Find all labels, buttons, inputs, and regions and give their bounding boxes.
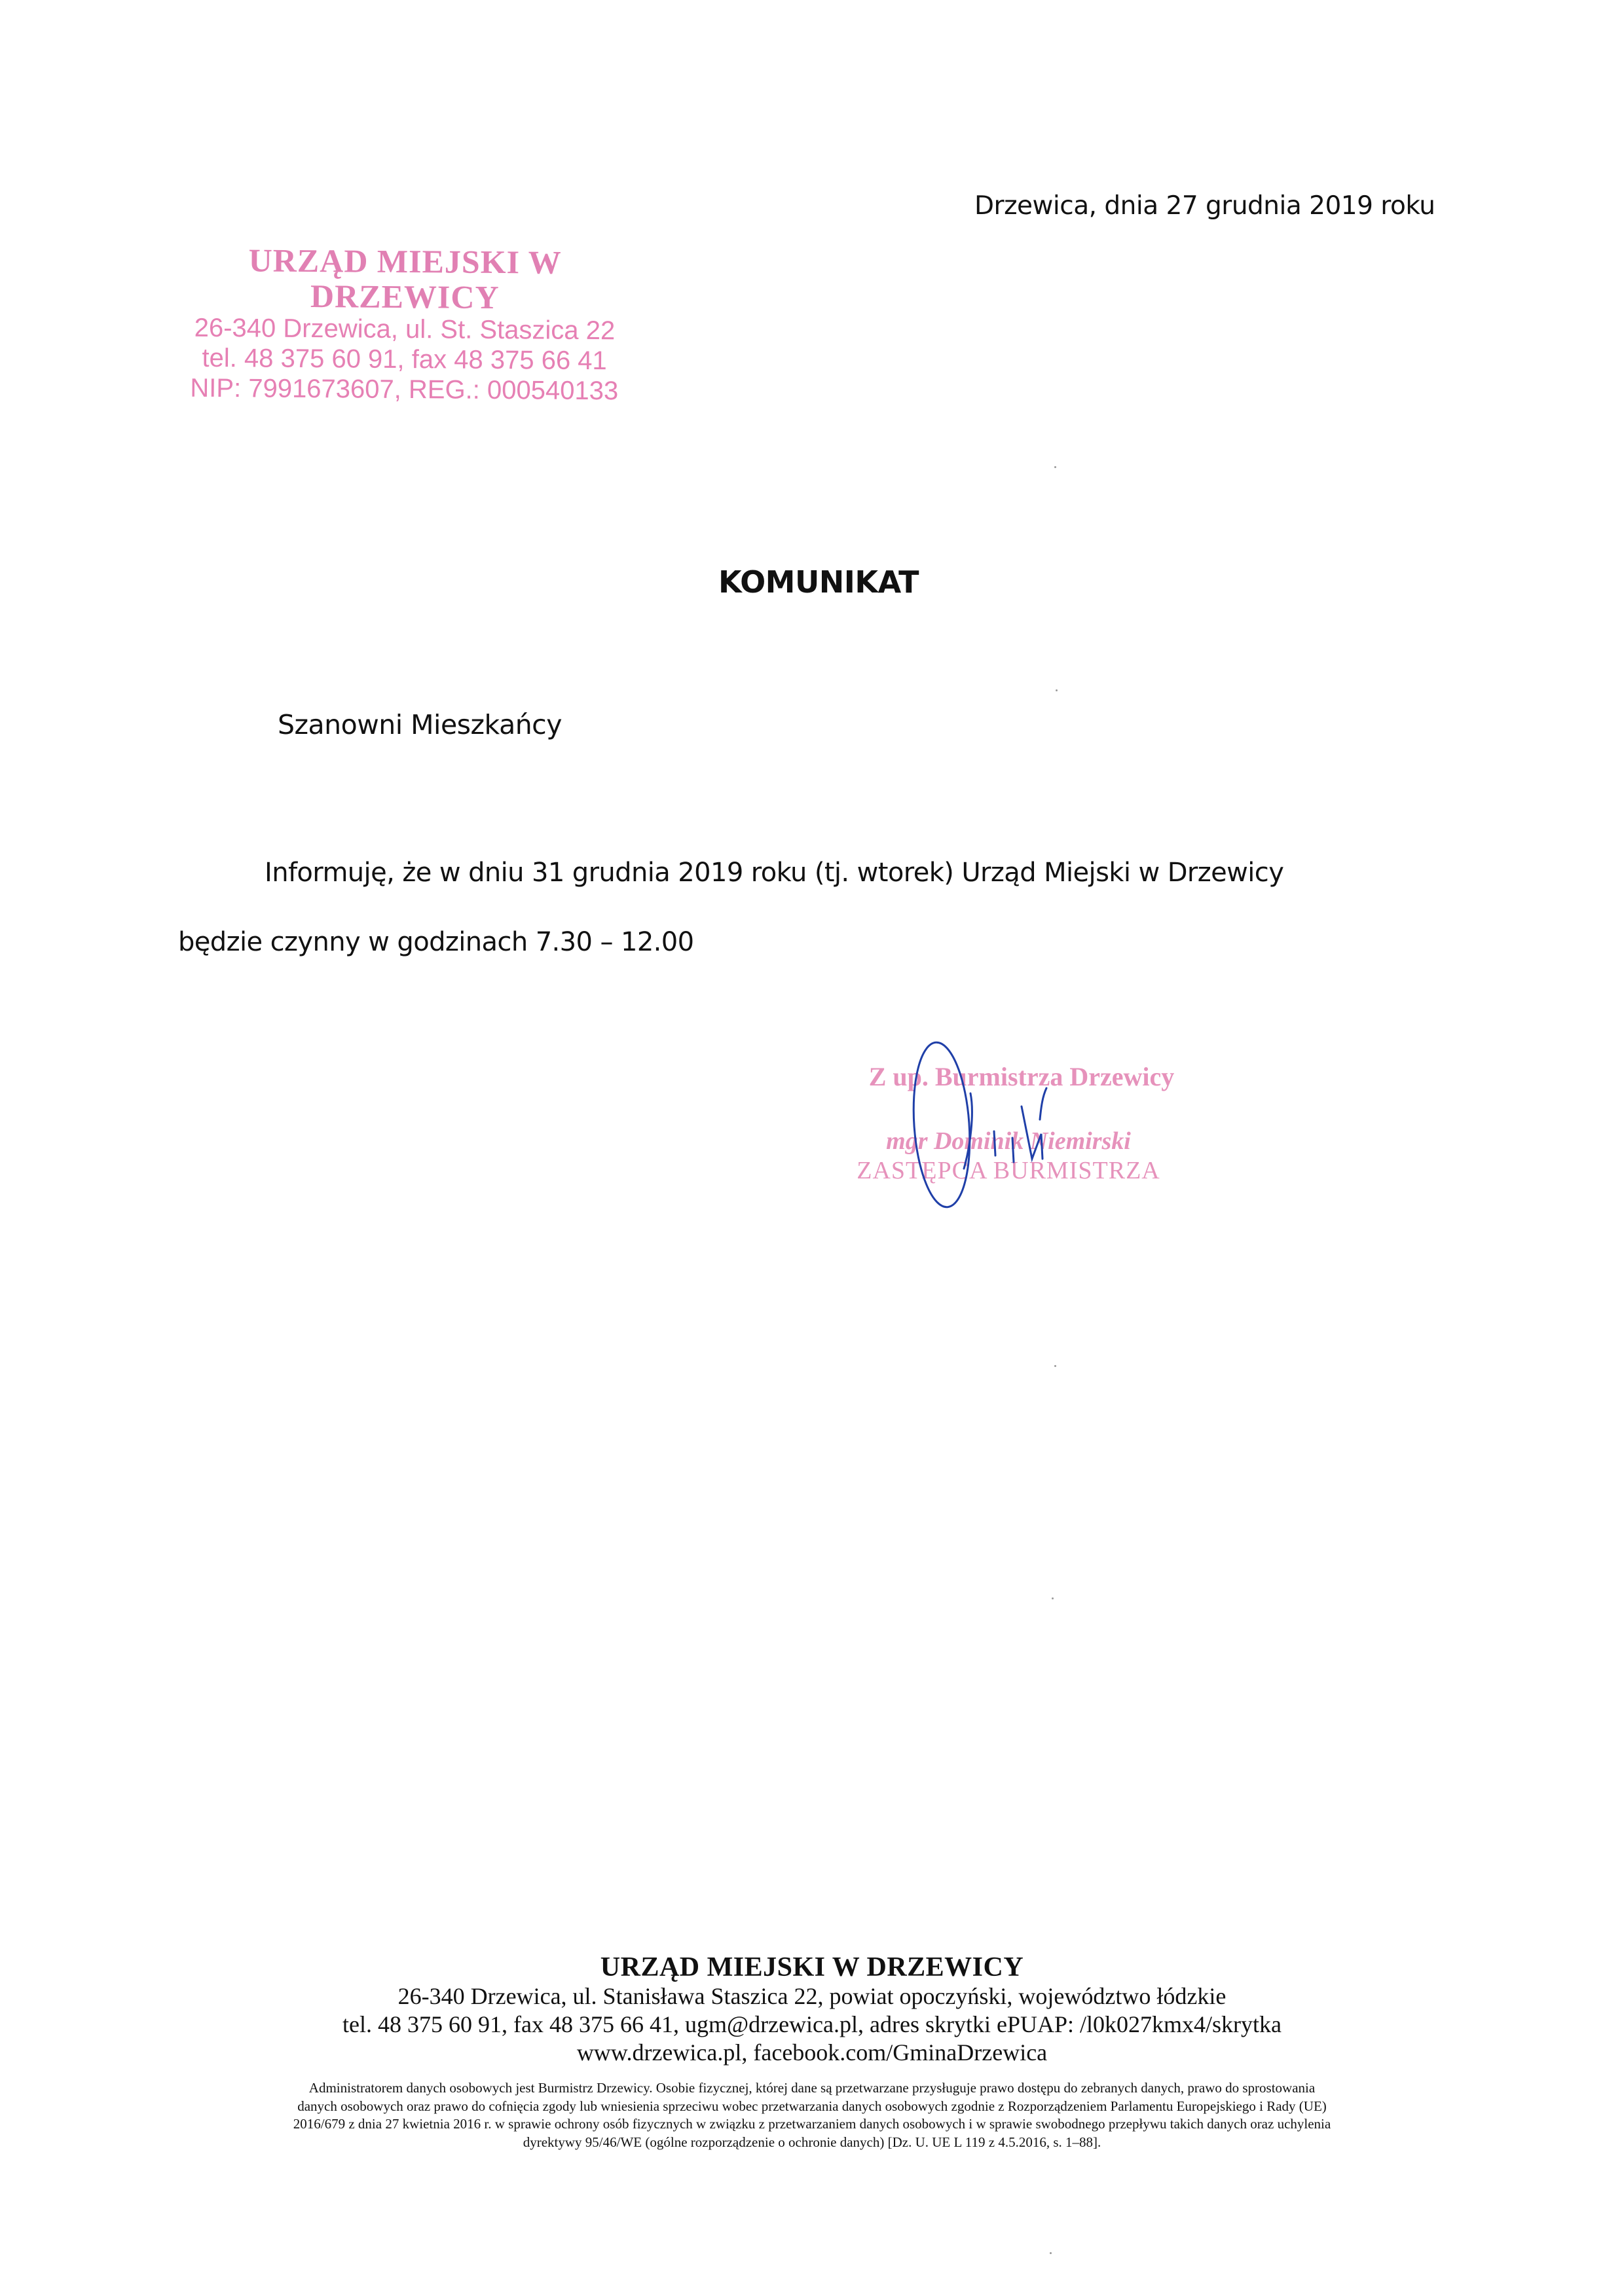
gdpr-line: 2016/679 z dnia 27 kwietnia 2016 r. w sp… [177, 2115, 1447, 2134]
stamp-address: 26-340 Drzewica, ul. St. Staszica 22 [189, 313, 621, 346]
gdpr-line: dyrektywy 95/46/WE (ogólne rozporządzeni… [177, 2134, 1447, 2152]
stamp-phone: tel. 48 375 60 91, fax 48 375 66 41 [188, 343, 620, 376]
footer-office-name: URZĄD MIEJSKI W DRZEWICY [0, 1952, 1624, 1982]
handwritten-signature [819, 1034, 1179, 1231]
body-paragraph-line: Informuję, że w dniu 31 grudnia 2019 rok… [178, 838, 1422, 907]
body-line-1: Informuję, że w dniu 31 grudnia 2019 rok… [265, 858, 1283, 888]
scan-speck [1054, 1365, 1056, 1367]
gdpr-notice: Administratorem danych osobowych jest Bu… [177, 2079, 1447, 2151]
greeting: Szanowni Mieszkańcy [278, 709, 562, 740]
scan-speck [1050, 2252, 1052, 2254]
letterhead-footer: URZĄD MIEJSKI W DRZEWICY 26-340 Drzewica… [0, 1952, 1624, 2067]
stamp-office-name: URZĄD MIEJSKI W DRZEWICY [189, 242, 621, 316]
body-paragraph-line: będzie czynny w godzinach 7.30 – 12.00 [178, 907, 1422, 977]
scan-speck [1052, 1597, 1054, 1599]
scan-speck [1056, 689, 1058, 691]
gdpr-line: Administratorem danych osobowych jest Bu… [177, 2079, 1447, 2098]
document-body: Informuję, że w dniu 31 grudnia 2019 rok… [178, 838, 1422, 977]
footer-address: 26-340 Drzewica, ul. Stanisława Staszica… [0, 1982, 1624, 2011]
stamp-nip: NIP: 7991673607, REG.: 000540133 [188, 373, 620, 407]
document-title: KOMUNIKAT [0, 564, 1624, 600]
document-date: Drzewica, dnia 27 grudnia 2019 roku [974, 191, 1435, 221]
gdpr-line: danych osobowych oraz prawo do cofnięcia… [177, 2098, 1447, 2116]
office-stamp: URZĄD MIEJSKI W DRZEWICY 26-340 Drzewica… [188, 242, 621, 407]
footer-web: www.drzewica.pl, facebook.com/GminaDrzew… [0, 2039, 1624, 2067]
footer-contact: tel. 48 375 60 91, fax 48 375 66 41, ugm… [0, 2011, 1624, 2039]
scan-speck [1054, 466, 1056, 468]
